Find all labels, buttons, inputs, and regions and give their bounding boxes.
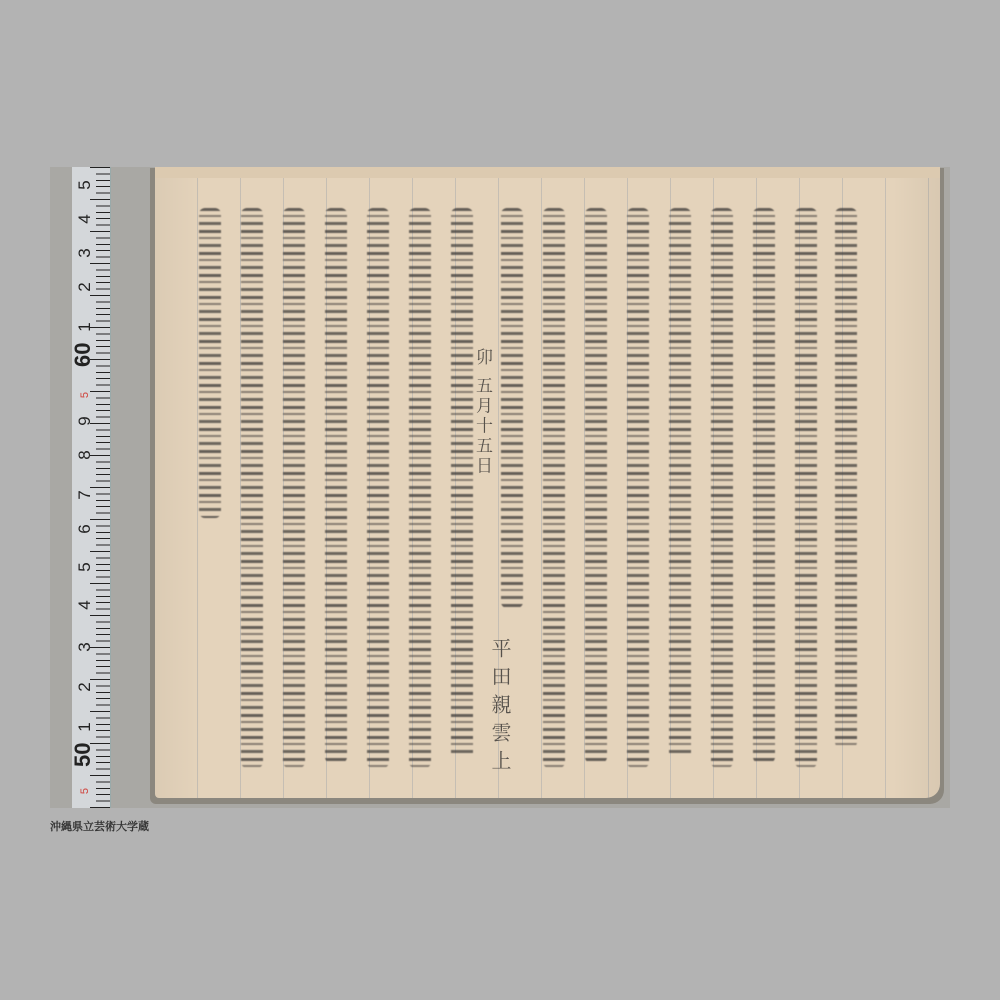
ruler-label: 1 [75,718,95,736]
ruler-label: 1 [75,318,95,336]
ruler-label: 9 [75,412,95,430]
handwriting-column [325,208,347,763]
ruler-label: 60 [70,349,96,367]
handwriting-column [283,208,305,768]
measuring-ruler: 5 4 3 2 1 60 5 9 8 7 6 5 4 3 2 1 50 5 [72,167,111,808]
manuscript-page: 卯 五月十五日 平田親雲上 [155,178,940,798]
ruler-label: 5 [75,558,95,576]
date-line: 卯 五月十五日 [473,348,491,476]
ruler-label: 3 [75,244,95,262]
ruler-label: 50 [70,749,96,767]
ruler-label: 5 [79,782,91,800]
handwriting-column [451,208,473,758]
ruler-label: 3 [75,638,95,656]
handwriting-column [669,208,691,758]
ruler-label: 2 [75,278,95,296]
handwriting-column [627,208,649,768]
handwriting-column [241,208,263,768]
handwriting-column [753,208,775,763]
ruler-label: 8 [75,446,95,464]
signature: 平田親雲上 [491,638,509,778]
ruler-label: 5 [79,386,91,404]
handwriting-column [367,208,389,768]
ruler-label: 4 [75,596,95,614]
ruler-label: 7 [75,486,95,504]
handwriting-column [409,208,431,768]
ruler-label: 6 [75,520,95,538]
handwriting-column [543,208,565,768]
handwriting-column [501,208,523,608]
handwriting-column [585,208,607,763]
handwriting-column [199,208,221,518]
ruler-label: 2 [75,678,95,696]
ruler-label: 4 [75,210,95,228]
handwriting-column [795,208,817,768]
ruler-label: 5 [75,176,95,194]
handwriting-column [835,208,857,748]
collection-caption: 沖縄県立芸術大学蔵 [50,818,149,834]
handwriting-column [711,208,733,768]
